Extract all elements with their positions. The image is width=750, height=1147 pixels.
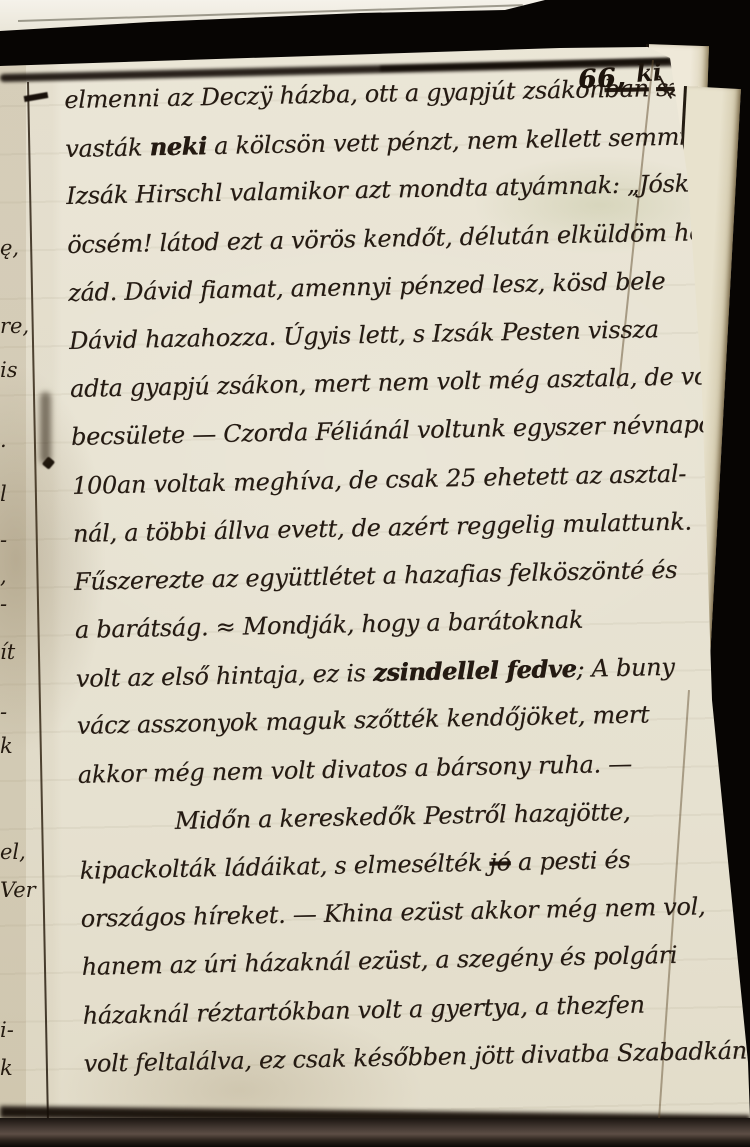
- upper-page-edge-line: [18, 4, 523, 21]
- margin-letter-fragment: el,: [0, 840, 24, 864]
- table-surface-below-page: [0, 1118, 750, 1147]
- text-segment: volt az első hintaja, ez is: [76, 659, 374, 693]
- manuscript-page: 66, ki elmenni az Deczÿ házba, ott a gya…: [0, 0, 750, 1147]
- text-segment: neki: [149, 131, 207, 161]
- margin-letter-fragment: ę,: [0, 236, 24, 260]
- manuscript-text: elmenni az Deczÿ házba, ott a gyapjút zs…: [64, 73, 744, 1098]
- margin-letter-fragment: -: [0, 528, 24, 552]
- margin-letter-fragment: k: [0, 734, 24, 758]
- margin-letter-fragment: -: [0, 592, 24, 616]
- text-segment: jó: [489, 848, 511, 876]
- text-segment: vasták: [65, 133, 150, 163]
- text-segment: ; A buny: [576, 653, 675, 683]
- margin-letter-fragment: ít: [0, 640, 24, 664]
- inserted-word: ki: [635, 57, 663, 88]
- margin-letter-fragment: i-: [0, 1018, 24, 1042]
- margin-letter-fragment: Ver: [0, 878, 24, 902]
- margin-letter-fragment: re,: [0, 314, 24, 338]
- margin-letter-fragment: is: [0, 358, 24, 382]
- margin-letter-fragment: .: [0, 428, 24, 452]
- margin-letter-fragment: ,: [0, 564, 24, 588]
- text-segment: a pesti és: [510, 846, 630, 876]
- margin-letter-fragment: l: [0, 482, 24, 506]
- binding-fold-line: [27, 82, 49, 1128]
- text-segment: elmenni az Deczÿ házba, ott a gyapjút zs…: [64, 75, 605, 114]
- page-number: 66,: [577, 63, 627, 95]
- margin-letter-fragment: -: [0, 700, 24, 724]
- upper-page-fragment: [0, 0, 560, 34]
- fold-stain: [40, 392, 51, 464]
- photo-black-background: 1!a,s 66, ki elmenni az Deczÿ házba, ott…: [0, 0, 750, 1147]
- text-segment: zsindellel fedve: [373, 654, 577, 687]
- margin-letter-fragment: k: [0, 1056, 24, 1080]
